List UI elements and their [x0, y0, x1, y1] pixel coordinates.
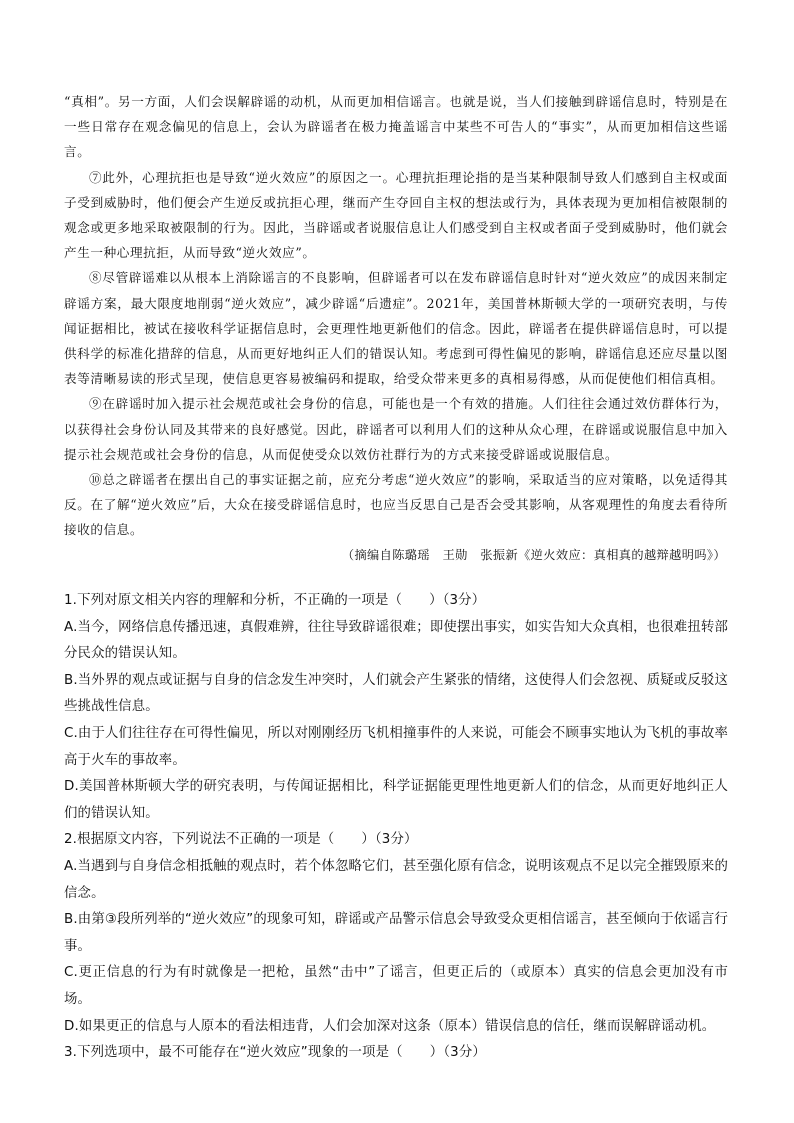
- option-c: C.更正信息的行为有时就像是一把枪，虽然“击中”了谣言，但更正后的（或原本）真实…: [64, 960, 728, 1013]
- reading-passage: “真相”。另一方面，人们会误解辟谣的动机，从而更加相信谣言。也就是说，当人们接触…: [64, 89, 728, 568]
- paragraph-9: ⑨在辟谣时加入提示社会规范或社会身份的信息，可能也是一个有效的措施。人们往往会通…: [64, 391, 728, 467]
- option-a: A.当遇到与自身信念相抵触的观点时，若个体忽略它们，甚至强化原有信念，说明该观点…: [64, 854, 728, 907]
- option-d: D.如果更正的信息与人原本的看法相违背，人们会加深对这条（原本）错误信息的信任，…: [64, 1014, 728, 1041]
- question-section: 1.下列对原文相关内容的理解和分析，不正确的一项是（ ）（3分） A.当今，网络…: [64, 588, 728, 1067]
- option-d: D.美国普林斯顿大学的研究表明，与传闻证据相比，科学证据能更理性地更新人们的信念…: [64, 774, 728, 827]
- option-b: B.由第③段所列举的“逆火效应”的现象可知，辟谣或产品警示信息会导致受众更相信谣…: [64, 907, 728, 960]
- question-stem: 2.根据原文内容，下列说法不正确的一项是（ ）（3分）: [64, 827, 728, 854]
- paragraph-7: ⑦此外，心理抗拒也是导致“逆火效应”的原因之一。心理抗拒理论指的是当某种限制导致…: [64, 165, 728, 266]
- paragraph-continuation: “真相”。另一方面，人们会误解辟谣的动机，从而更加相信谣言。也就是说，当人们接触…: [64, 89, 728, 165]
- document-page: “真相”。另一方面，人们会误解辟谣的动机，从而更加相信谣言。也就是说，当人们接触…: [0, 0, 794, 1123]
- option-a: A.当今，网络信息传播迅速，真假难辨，往往导致辟谣很难；即使摆出事实，如实告知大…: [64, 615, 728, 668]
- option-c: C.由于人们往往存在可得性偏见，所以对刚刚经历飞机相撞事件的人来说，可能会不顾事…: [64, 721, 728, 774]
- source-citation: （摘编自陈璐瑶 王勋 张振新《逆火效应：真相真的越辩越明吗》）: [64, 543, 728, 568]
- question-3: 3.下列选项中，最不可能存在“逆火效应”现象的一项是（ ）（3分）: [64, 1040, 728, 1067]
- question-stem: 1.下列对原文相关内容的理解和分析，不正确的一项是（ ）（3分）: [64, 588, 728, 615]
- option-b: B.当外界的观点或证据与自身的信念发生冲突时，人们就会产生紧张的情绪，这使得人们…: [64, 668, 728, 721]
- question-2: 2.根据原文内容，下列说法不正确的一项是（ ）（3分） A.当遇到与自身信念相抵…: [64, 827, 728, 1040]
- paragraph-10: ⑩总之辟谣者在摆出自己的事实证据之前，应充分考虑“逆火效应”的影响，采取适当的应…: [64, 467, 728, 543]
- question-stem: 3.下列选项中，最不可能存在“逆火效应”现象的一项是（ ）（3分）: [64, 1040, 728, 1067]
- question-1: 1.下列对原文相关内容的理解和分析，不正确的一项是（ ）（3分） A.当今，网络…: [64, 588, 728, 827]
- paragraph-8: ⑧尽管辟谣难以从根本上消除谣言的不良影响，但辟谣者可以在发布辟谣信息时针对“逆火…: [64, 265, 728, 391]
